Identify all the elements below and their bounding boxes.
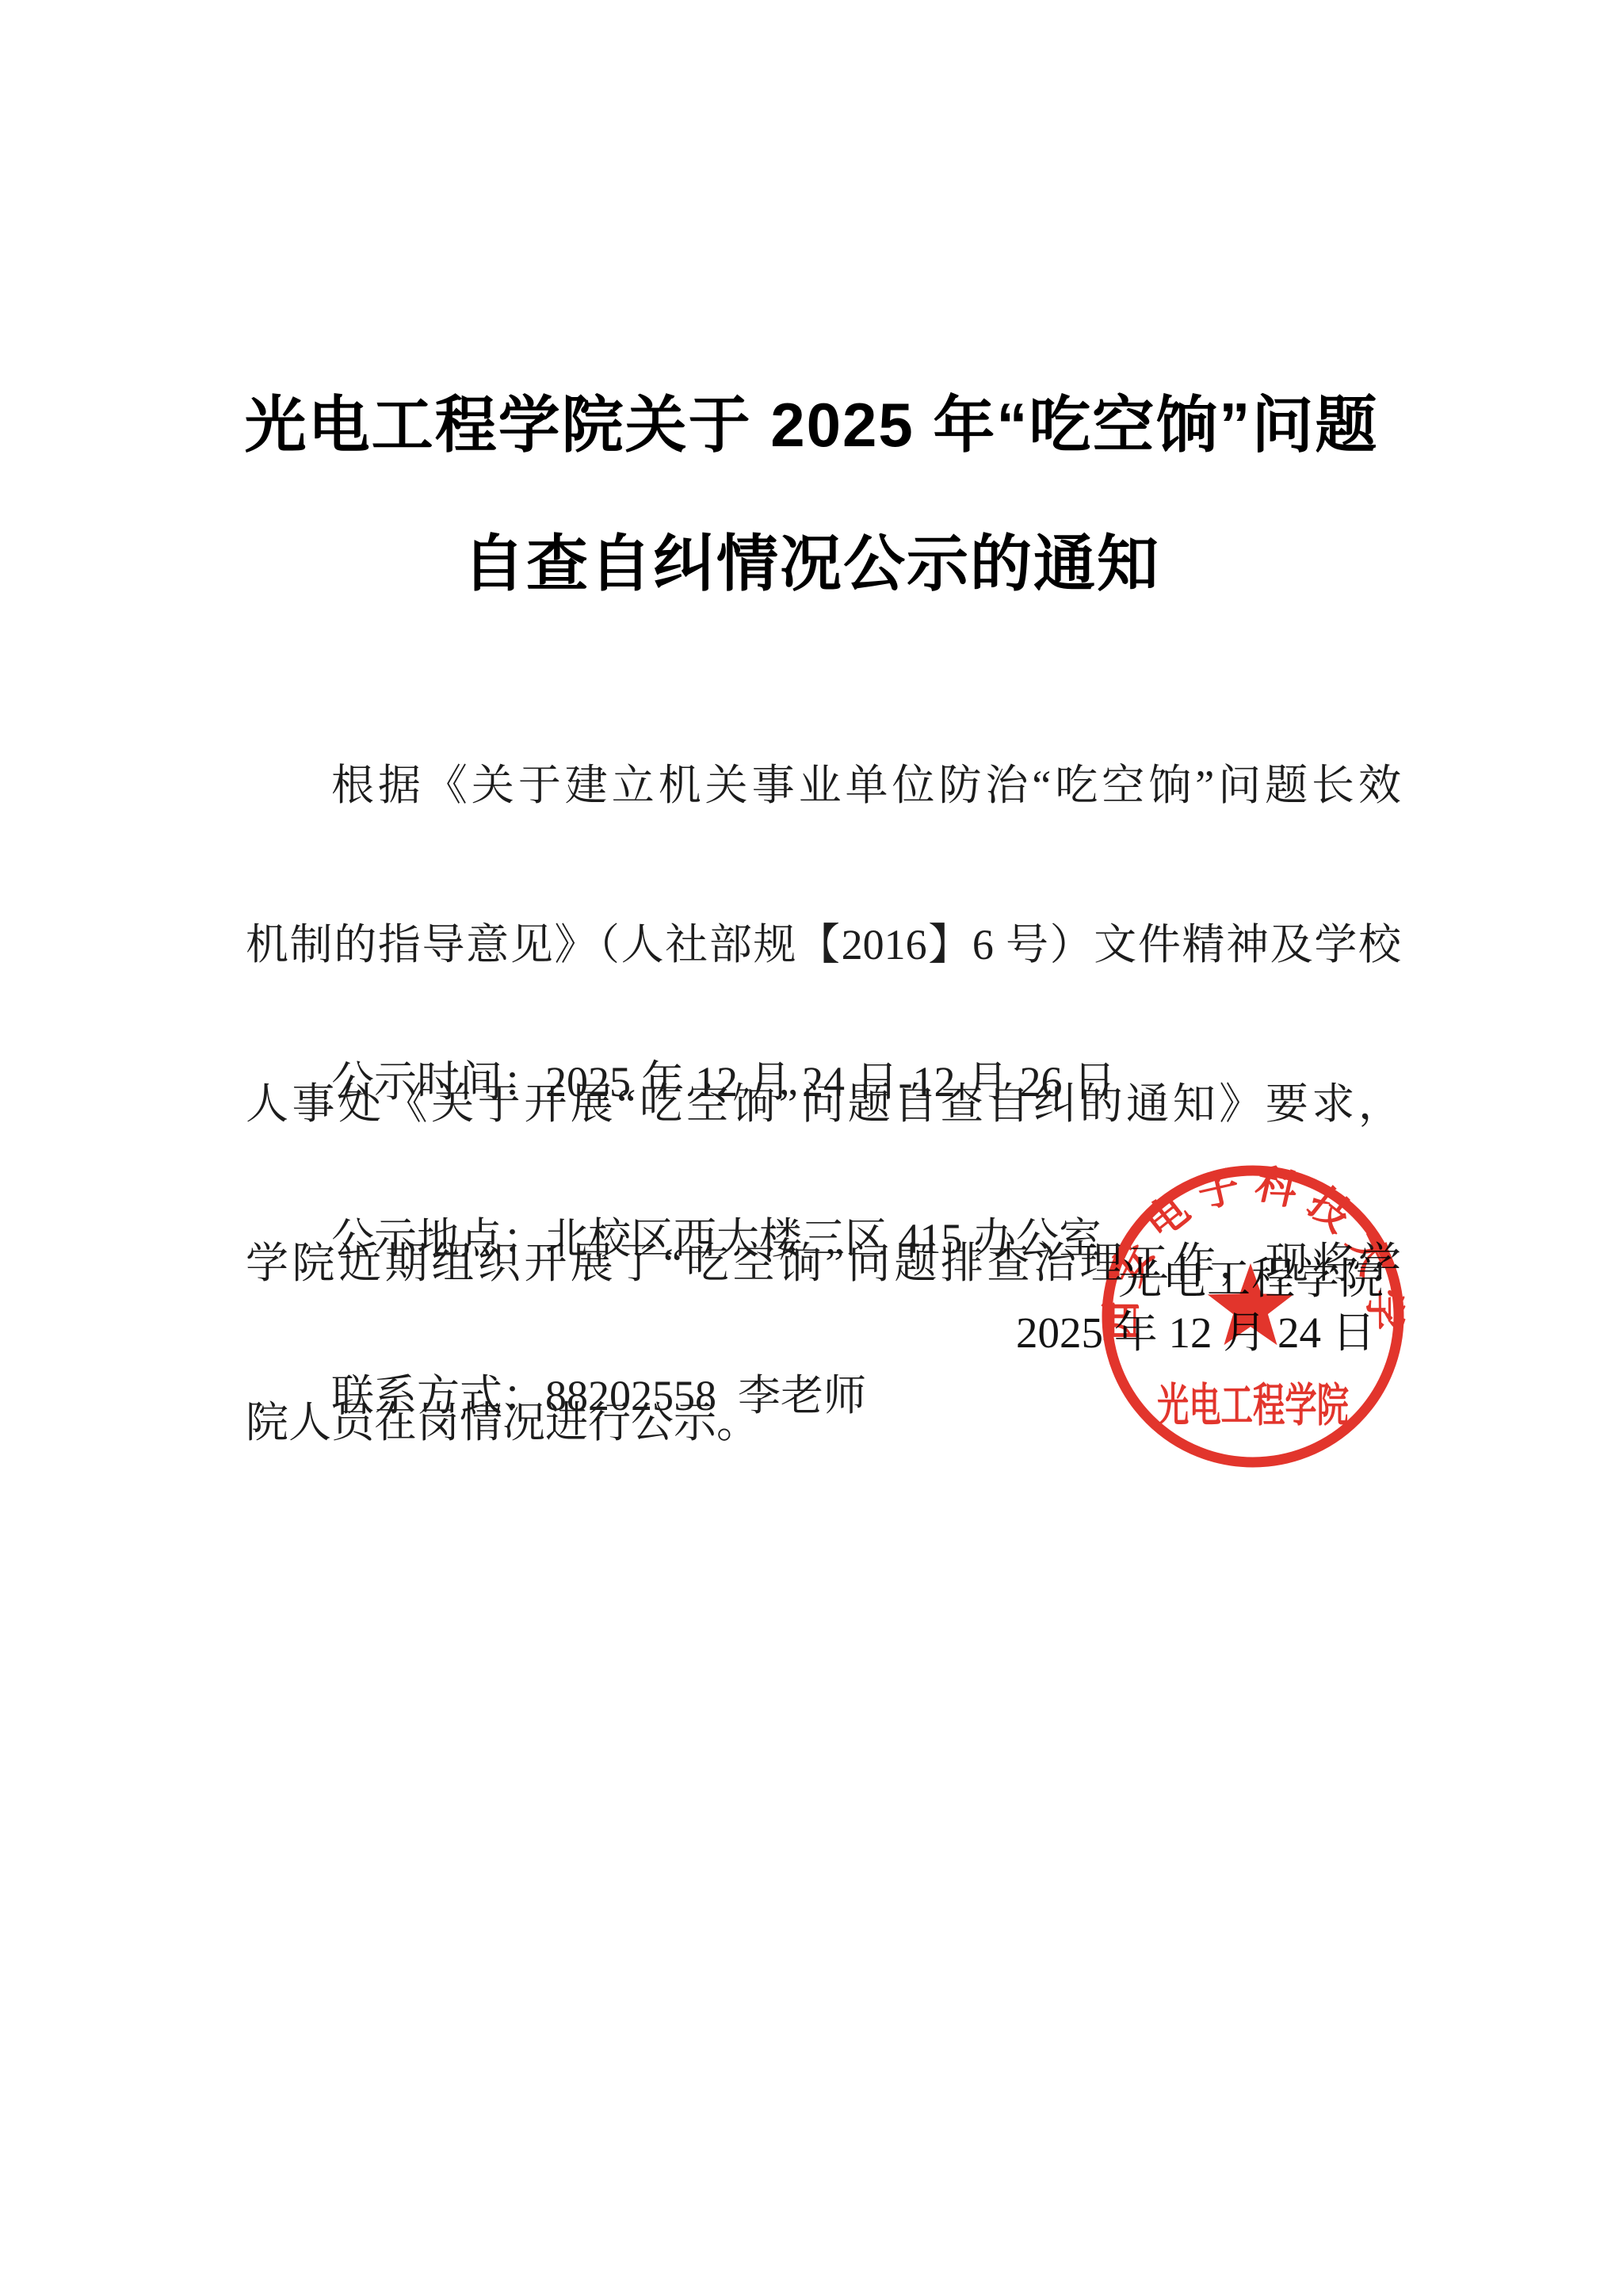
seal-bottom-text: 光电工程学院: [1157, 1380, 1349, 1431]
detail-label: 联系方式：: [331, 1372, 545, 1419]
detail-value: 2025 年 12 月 24 日-12 月 26 日: [545, 1058, 1116, 1106]
detail-label: 公示地点：: [331, 1215, 545, 1263]
detail-publicity-time: 公示时间：2025 年 12 月 24 日-12 月 26 日: [246, 1056, 1401, 1108]
notice-document-page: 光电工程学院关于 2025 年“吃空饷”问题 自查自纠情况公示的通知 根据《关于…: [0, 0, 1623, 2296]
official-seal-stamp: 西安电子科技大学 光电工程学院: [1094, 1158, 1411, 1475]
notice-title-line1: 光电工程学院关于 2025 年“吃空饷”问题: [0, 394, 1623, 456]
notice-title-line2: 自查自纠情况公示的通知: [0, 533, 1623, 594]
body-line-1: 根据《关于建立机关事业单位防治“吃空饷”问题长效: [246, 759, 1401, 812]
detail-value: 北校区西大楼三区 415 办公室: [545, 1215, 1102, 1263]
detail-value: 88202558 李老师: [545, 1372, 866, 1419]
star-icon: [1208, 1263, 1293, 1345]
detail-label: 公示时间：: [331, 1058, 545, 1106]
